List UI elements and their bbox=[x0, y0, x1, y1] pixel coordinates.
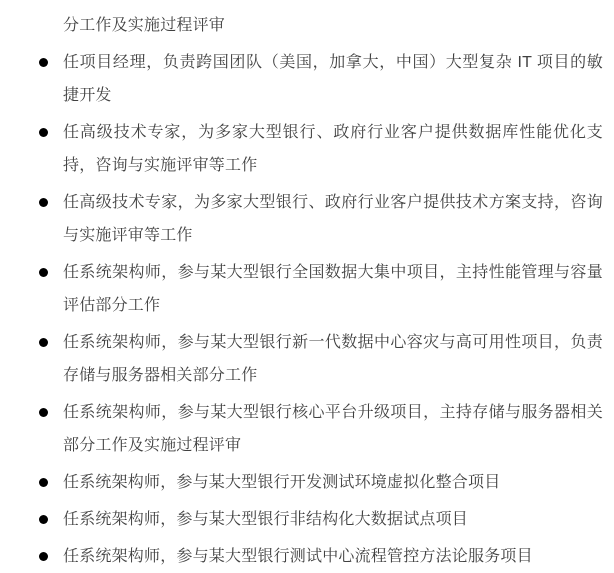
list-item-text: 任系统架构师，参与某大型银行新一代数据中心容灾与高可用性项目，负责存储与服务器相… bbox=[63, 334, 603, 384]
list-item: 任系统架构师，参与某大型银行开发测试环境虚拟化整合项目 bbox=[63, 466, 603, 499]
bullet-list: 任项目经理，负责跨国团队（美国，加拿大，中国）大型复杂 IT 项目的敏捷开发任高… bbox=[63, 46, 603, 573]
bullet-icon bbox=[39, 515, 48, 524]
bullet-icon bbox=[39, 408, 48, 417]
list-item: 任高级技术专家，为多家大型银行、政府行业客户提供技术方案支持，咨询与实施评审等工… bbox=[63, 186, 603, 252]
continuation-line: 分工作及实施过程评审 bbox=[63, 9, 603, 42]
list-item-text: 任系统架构师，参与某大型银行非结构化大数据试点项目 bbox=[63, 511, 468, 528]
bullet-icon bbox=[39, 128, 48, 137]
list-item: 任系统架构师，参与某大型银行非结构化大数据试点项目 bbox=[63, 503, 603, 536]
list-item-text: 任项目经理，负责跨国团队（美国，加拿大，中国）大型复杂 IT 项目的敏捷开发 bbox=[63, 54, 603, 104]
list-item-text: 任高级技术专家，为多家大型银行、政府行业客户提供数据库性能优化支持，咨询与实施评… bbox=[63, 124, 603, 174]
list-item: 任项目经理，负责跨国团队（美国，加拿大，中国）大型复杂 IT 项目的敏捷开发 bbox=[63, 46, 603, 112]
bullet-icon bbox=[39, 338, 48, 347]
list-item-text: 任系统架构师，参与某大型银行全国数据大集中项目，主持性能管理与容量评估部分工作 bbox=[63, 264, 603, 314]
list-item: 任系统架构师，参与某大型银行测试中心流程管控方法论服务项目 bbox=[63, 540, 603, 573]
bullet-icon bbox=[39, 268, 48, 277]
list-item-text: 任高级技术专家，为多家大型银行、政府行业客户提供技术方案支持，咨询与实施评审等工… bbox=[63, 194, 603, 244]
bullet-icon bbox=[39, 198, 48, 207]
bullet-icon bbox=[39, 58, 48, 67]
list-item: 任高级技术专家，为多家大型银行、政府行业客户提供数据库性能优化支持，咨询与实施评… bbox=[63, 116, 603, 182]
document-page: 分工作及实施过程评审 任项目经理，负责跨国团队（美国，加拿大，中国）大型复杂 I… bbox=[0, 0, 614, 573]
list-item-text: 任系统架构师，参与某大型银行开发测试环境虚拟化整合项目 bbox=[63, 474, 500, 491]
list-item: 任系统架构师，参与某大型银行核心平台升级项目，主持存储与服务器相关部分工作及实施… bbox=[63, 396, 603, 462]
text-block: 分工作及实施过程评审 任项目经理，负责跨国团队（美国，加拿大，中国）大型复杂 I… bbox=[63, 9, 603, 573]
list-item-text: 任系统架构师，参与某大型银行测试中心流程管控方法论服务项目 bbox=[63, 548, 533, 565]
bullet-icon bbox=[39, 478, 48, 487]
list-item: 任系统架构师，参与某大型银行全国数据大集中项目，主持性能管理与容量评估部分工作 bbox=[63, 256, 603, 322]
list-item-text: 任系统架构师，参与某大型银行核心平台升级项目，主持存储与服务器相关部分工作及实施… bbox=[63, 404, 603, 454]
bullet-icon bbox=[39, 552, 48, 561]
list-item: 任系统架构师，参与某大型银行新一代数据中心容灾与高可用性项目，负责存储与服务器相… bbox=[63, 326, 603, 392]
